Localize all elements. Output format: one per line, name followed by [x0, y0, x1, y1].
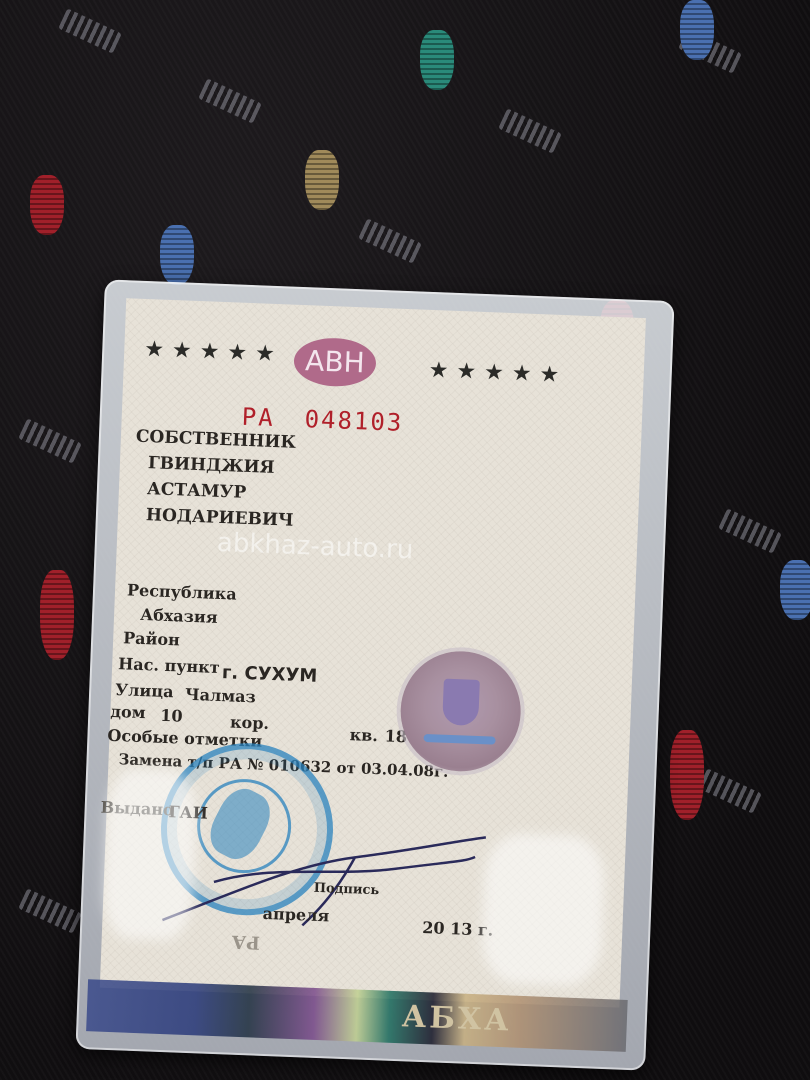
- fabric-pattern: [718, 508, 782, 553]
- glare: [102, 768, 198, 941]
- fabric-pattern: [160, 225, 194, 285]
- fabric-pattern: [305, 150, 339, 210]
- owner-patronymic: НОДАРИЕВИЧ: [146, 505, 294, 531]
- watermark: abkhaz-auto.ru: [216, 528, 413, 566]
- owner-name: АСТАМУР: [147, 479, 247, 503]
- fabric-pattern: [18, 888, 82, 933]
- registration-certificate: ★★★★★ АВН ★★★★★ PA048103 СОБСТВЕННИК ГВИ…: [100, 298, 646, 1007]
- glare: [480, 832, 606, 986]
- number: 048103: [304, 405, 404, 437]
- fabric-pattern: [40, 570, 74, 660]
- country-emblem: АВН: [293, 337, 377, 388]
- fabric-pattern: [698, 768, 762, 813]
- fabric-pattern: [58, 8, 122, 53]
- fabric-pattern: [498, 108, 562, 153]
- settlement-label: Нас. пункт: [118, 654, 220, 677]
- street-label: Улица: [115, 680, 174, 701]
- settlement-value: г. СУХУМ: [222, 662, 318, 687]
- fabric-pattern: [30, 175, 64, 235]
- fabric-pattern: [780, 560, 810, 620]
- house-value: 10: [160, 706, 183, 726]
- stars-left: ★★★★★: [144, 337, 283, 367]
- issued-month: апреля: [262, 904, 329, 926]
- fabric-pattern: [420, 30, 454, 90]
- fabric-pattern: [18, 418, 82, 463]
- owner-surname: ГВИНДЖИЯ: [148, 453, 275, 478]
- hologram-seal: [398, 649, 523, 774]
- fabric-pattern: [680, 0, 714, 60]
- fabric-pattern: [358, 218, 422, 263]
- plastic-sleeve: ★★★★★ АВН ★★★★★ PA048103 СОБСТВЕННИК ГВИ…: [75, 279, 674, 1070]
- district-label: Район: [123, 628, 180, 649]
- hologram-strip-text: АБХА: [401, 999, 512, 1038]
- republic-label: Республика: [127, 580, 237, 603]
- coat-of-arms-icon: [442, 679, 480, 726]
- stars-right: ★★★★★: [428, 358, 567, 388]
- house-label: дом: [110, 702, 146, 722]
- street-value: Чалмаз: [185, 685, 256, 707]
- apartment-label: кв.: [349, 725, 378, 745]
- fabric-pattern: [670, 730, 704, 820]
- signature-label: Подпись: [313, 881, 379, 899]
- ribbon: [423, 734, 495, 745]
- republic-value: Абхазия: [140, 605, 218, 627]
- series: PA: [241, 403, 275, 432]
- fabric-pattern: [198, 78, 262, 123]
- bottom-stamp: РА: [231, 931, 260, 953]
